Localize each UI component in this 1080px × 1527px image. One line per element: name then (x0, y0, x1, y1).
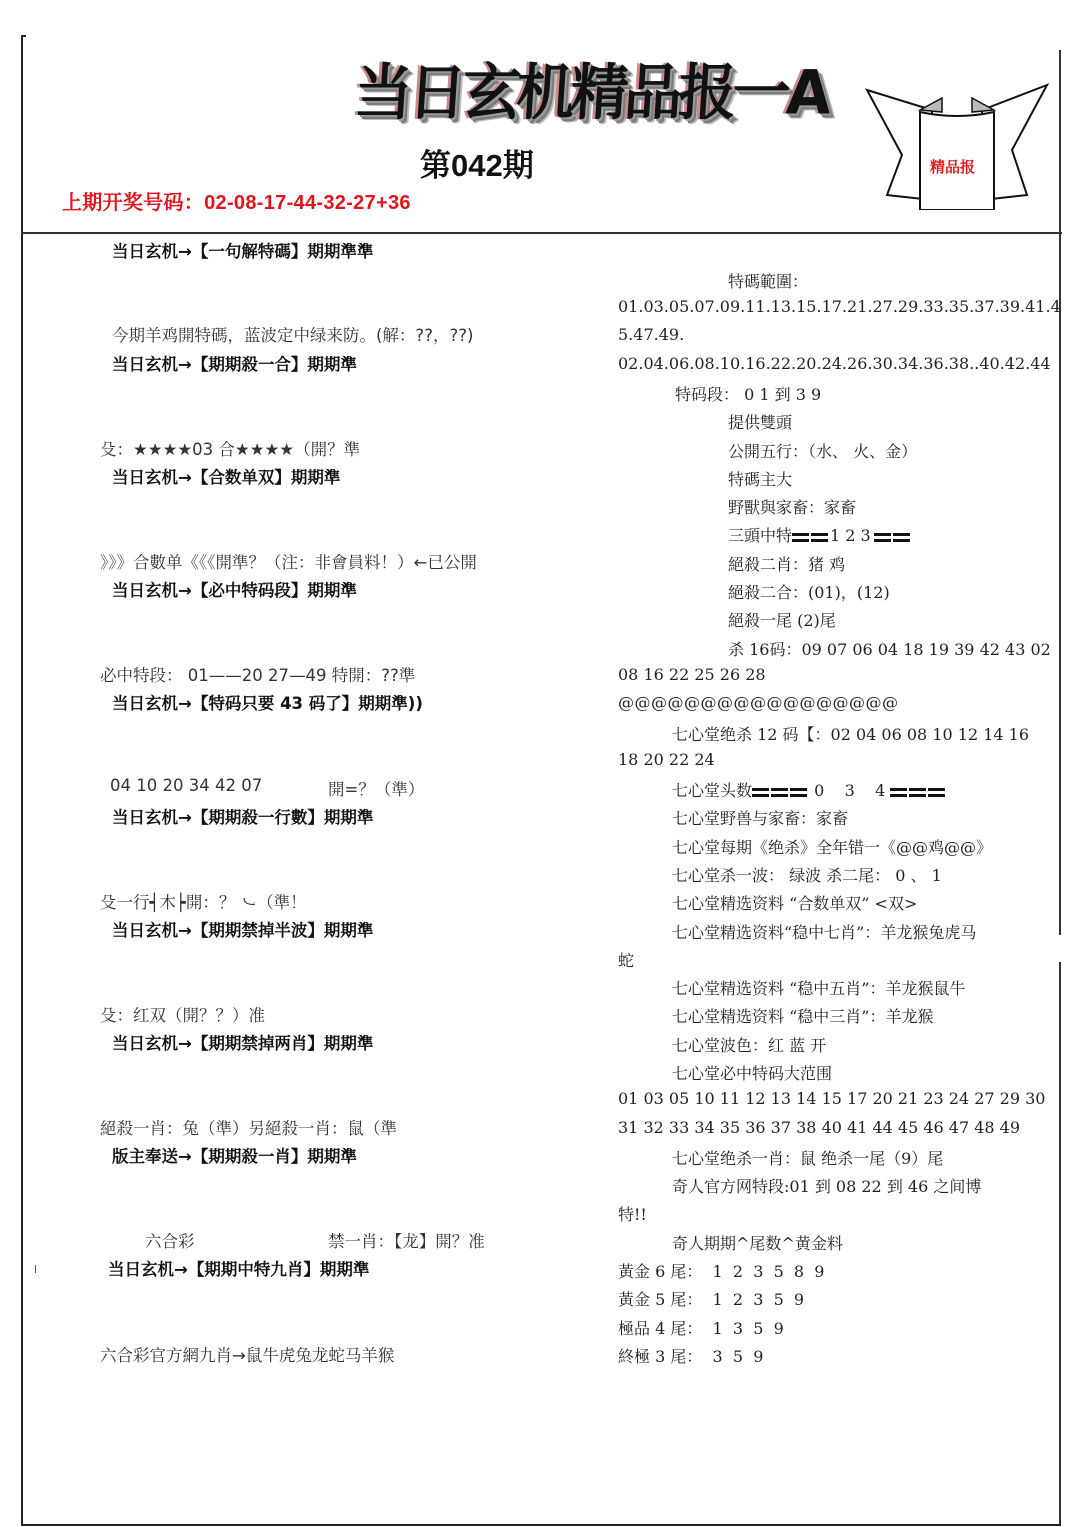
qxt-kill-wave: 七心堂杀一波： 绿波 杀二尾： 0 、 1 (672, 863, 942, 886)
qxt-yearly: 七心堂每期《绝杀》全年错一《@@鸡@@》 (672, 835, 992, 858)
section-content: 殳一行┥木┝開：？ ㇃（準！ (100, 889, 307, 913)
five-elements: 公開五行：（水、 火、金） (728, 439, 917, 462)
three-head-label: 三頭中特 (728, 526, 792, 545)
banner-title: 当日玄机精品报一A (352, 43, 830, 127)
tail-row: 終極 3 尾： 3 5 9 (618, 1344, 763, 1367)
section-title: 当日玄机→【一句解特碼】期期準準 (112, 238, 373, 262)
qxt-seven-line2: 蛇 (618, 948, 634, 971)
qxt-odd-even: 七心堂精选资料 “合数单双” <双> (672, 891, 917, 914)
qxt-big-range-line1: 01 03 05 10 11 12 13 14 15 17 20 21 23 2… (618, 1089, 1045, 1108)
qxt-seven-line1: 七心堂精选资料“稳中七肖”：羊龙猴兔虎马 (672, 920, 976, 943)
section-content: 必中特段： 01——20 27—49 特開：??準 (100, 662, 415, 686)
kill-one-tail: 絕殺一尾 (2)尾 (728, 608, 836, 631)
section-title: 当日玄机→【期期殺一行數】期期準 (112, 804, 373, 828)
section-content: 殳：红双（開？？）准 (100, 1002, 265, 1026)
tail-row: 黃金 6 尾： 1 2 3 5 8 9 (618, 1259, 824, 1282)
at-separator: @@@@@@@@@@@@@@@@@ (618, 693, 899, 712)
last-draw-numbers: 02-08-17-44-32-27+36 (204, 192, 411, 214)
qiren-segment-line1: 奇人官方网特段:01 到 08 22 到 46 之间博 (672, 1174, 981, 1197)
section-title: 当日玄机→【期期禁掉两肖】期期準 (112, 1030, 373, 1054)
section-title: 当日玄机→【期期殺一合】期期準 (112, 351, 357, 375)
page-border-bottom (21, 1524, 1061, 1526)
qxt-head-value: 0 3 4 (814, 781, 885, 800)
qxt-head-label: 七心堂头数 (672, 781, 752, 800)
kill16-line2: 08 16 22 25 26 28 (618, 665, 766, 684)
qxt-kill-zodiac: 七心堂绝杀一肖：鼠 绝杀一尾（9）尾 (672, 1146, 943, 1169)
stray-mark (35, 1265, 36, 1273)
main-big: 特碼主大 (728, 467, 792, 490)
page-border-left (21, 35, 23, 1525)
section-title: 当日玄机→【特码只要 43 码了】期期準)) (112, 690, 423, 714)
section-content: 六合彩官方網九肖→鼠牛虎兔龙蛇马羊猴 (100, 1342, 394, 1366)
section-content: 》》》合數单《《《開準？（注：非會員料！）←已公開 (100, 549, 477, 573)
kill16-line1: 杀 16码：09 07 06 04 18 19 39 42 43 02 (728, 637, 1051, 660)
page-border-right-lower (1059, 962, 1061, 1525)
three-head-value: 1 2 3 (830, 526, 871, 545)
section-content: 今期羊鸡開特碼，蓝波定中绿来防。(解：??，??) (112, 322, 473, 346)
qxt-five: 七心堂精选资料 “稳中五肖”：羊龙猴鼠牛 (672, 976, 965, 999)
qxt-big-range-line2: 31 32 33 34 35 36 37 38 40 41 44 45 46 4… (618, 1118, 1020, 1137)
qxt-three: 七心堂精选资料 “稳中三肖”：羊龙猴 (672, 1004, 933, 1027)
section-content: 六合彩 (145, 1228, 195, 1252)
bars-icon (890, 782, 947, 801)
section-content: 絕殺一肖：兔（準）另絕殺一肖：鼠（準 (100, 1115, 397, 1139)
last-draw-label: 上期开奖号码： (62, 192, 204, 214)
section-title: 当日玄机→【期期禁掉半波】期期準 (112, 917, 373, 941)
bars-icon (752, 782, 809, 801)
page-border-right (1059, 50, 1061, 935)
ribbon-icon (862, 80, 1052, 210)
kill-two-combo: 絕殺二合：(01)，(12) (728, 580, 890, 603)
section-title: 版主奉送→【期期殺一肖】期期準 (112, 1143, 357, 1167)
qxt-head: 七心堂头数 0 3 4 (672, 778, 947, 801)
page-border-tick (21, 35, 26, 37)
three-head: 三頭中特1 2 3 (728, 523, 912, 546)
qxt-color: 七心堂波色：红 蓝 开 (672, 1033, 826, 1056)
qxt-wild: 七心堂野兽与家畜：家畜 (672, 806, 848, 829)
header-divider (21, 232, 1062, 234)
segment: 特码段： 0 1 到 3 9 (675, 382, 821, 405)
range-title: 特碼範圍： (728, 269, 808, 292)
issue-number: 第042期 (420, 140, 534, 185)
range-odd-line2: 5.47.49. (618, 325, 684, 344)
double-head: 提供雙頭 (728, 410, 792, 433)
ribbon-label: 精品报 (930, 156, 975, 177)
qiren-segment-line2: 特!! (618, 1202, 647, 1225)
bars-icon (874, 527, 912, 546)
tail-row: 極品 4 尾： 1 3 5 9 (618, 1316, 784, 1339)
section-title: 当日玄机→【必中特码段】期期準 (112, 577, 357, 601)
range-even: 02.04.06.08.10.16.22.20.24.26.30.34.36.3… (618, 354, 1051, 373)
bars-icon (792, 527, 830, 546)
last-draw: 上期开奖号码：02-08-17-44-32-27+36 (62, 186, 411, 215)
qxt-kill12-line2: 18 20 22 24 (618, 750, 715, 769)
qxt-kill12-line1: 七心堂绝杀 12 码【：02 04 06 08 10 12 14 16 (672, 722, 1029, 745)
kill-two-zodiac: 絕殺二肖：猪 鸡 (728, 552, 845, 575)
section-title: 当日玄机→【合数单双】期期準 (112, 464, 340, 488)
section-title: 当日玄机→【期期中特九肖】期期準 (108, 1256, 369, 1280)
range-odd-line1: 01.03.05.07.09.11.13.15.17.21.27.29.33.3… (618, 297, 1061, 316)
section-content-right: 開=？（準） (328, 776, 424, 800)
section-content-right: 禁一肖：【龙】開？准 (328, 1228, 485, 1252)
section-content: 殳：★★★★03 合★★★★（開？準 (100, 436, 360, 460)
tail-title: 奇人期期^尾数^黄金料 (672, 1231, 843, 1254)
section-content: 04 10 20 34 42 07 (110, 776, 262, 795)
wild-domestic: 野獸與家畜：家畜 (728, 495, 856, 518)
tail-row: 黃金 5 尾： 1 2 3 5 9 (618, 1287, 804, 1310)
qxt-big-range-title: 七心堂必中特码大范围 (672, 1061, 832, 1084)
